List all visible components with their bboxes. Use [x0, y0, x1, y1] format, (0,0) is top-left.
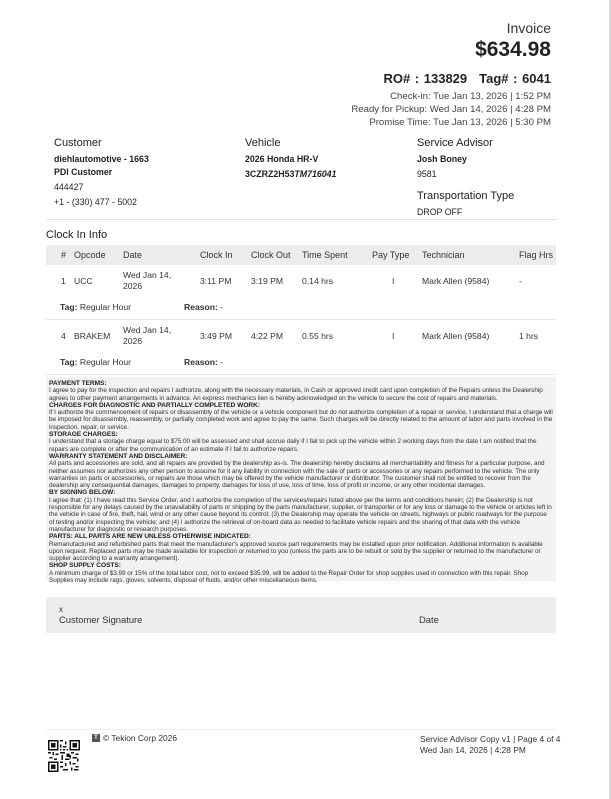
col-header-technician: Technician [422, 245, 465, 265]
terms-heading: PAYMENT TERMS: [49, 380, 553, 387]
col-header-clock-out: Clock Out [251, 245, 291, 265]
customer-name: PDI Customer [54, 166, 149, 179]
table-row: 1 UCC Wed Jan 14,2026 3:11 PM 3:19 PM 0.… [46, 265, 556, 297]
terms-storage: STORAGE CHARGES:I understand that a stor… [49, 431, 553, 453]
qr-code-icon [48, 740, 80, 772]
col-header-time-spent: Time Spent [302, 245, 348, 265]
row-opcode: UCC [74, 265, 93, 297]
row-date-line1: Wed Jan 14, [123, 325, 171, 335]
row-num: 4 [61, 320, 66, 352]
terms-shop-supply: SHOP SUPPLY COSTS:A minimum charge of $3… [49, 562, 553, 584]
tag-number: Tag# : 6041 [479, 71, 551, 86]
row-date: Wed Jan 14,2026 [123, 325, 171, 347]
customer-id: 444427 [54, 181, 149, 194]
row-date: Wed Jan 14,2026 [123, 270, 171, 292]
terms-payment: PAYMENT TERMS:I agree to pay for the ins… [49, 380, 553, 402]
terms-heading: BY SIGNING BELOW: [49, 489, 553, 496]
vehicle-block: Vehicle 2026 Honda HR-V 3CZRZ2H53TM71604… [245, 137, 336, 181]
advisor-block: Service Advisor Josh Boney 9581 Transpor… [417, 137, 514, 219]
terms-body: A minimum charge of $3.99 or 15% of the … [49, 570, 553, 585]
row-flag-hrs: 1 hrs [519, 320, 538, 352]
reason-label: Reason: [184, 357, 218, 367]
footer-divider [46, 729, 556, 730]
reason-label: Reason: [184, 302, 218, 312]
terms-and-conditions: PAYMENT TERMS:I agree to pay for the ins… [46, 377, 556, 581]
table-row-tag: Tag: Regular Hour Reason: - [46, 352, 556, 375]
signature-mark: x [59, 605, 63, 614]
terms-heading: PARTS: ALL PARTS ARE NEW UNLESS OTHERWIS… [49, 533, 553, 540]
customer-account: diehlautomotive - 1663 [54, 153, 149, 166]
ro-number: RO# : 133829 [383, 71, 467, 86]
row-tag: Tag: Regular Hour [60, 297, 131, 317]
terms-body: I understand that a storage charge equal… [49, 438, 553, 453]
clock-in-title: Clock In Info [46, 229, 107, 241]
row-date-line2: 2026 [123, 281, 142, 291]
col-header-pay-type: Pay Type [372, 245, 409, 265]
row-clock-in: 3:11 PM [200, 265, 231, 297]
tag-value: Regular Hour [80, 357, 131, 367]
section-divider [46, 219, 556, 220]
copyright: © Tekion Corp 2026 [103, 733, 177, 743]
terms-parts: PARTS: ALL PARTS ARE NEW UNLESS OTHERWIS… [49, 533, 553, 562]
invoice-label: Invoice [351, 20, 551, 36]
row-clock-in: 3:49 PM [200, 320, 232, 352]
vehicle-description: 2026 Honda HR-V [245, 153, 336, 166]
footer-page-info: Service Advisor Copy v1 | Page 4 of 4 We… [420, 734, 560, 756]
reason-value: - [220, 357, 223, 367]
tag-label: Tag: [60, 302, 78, 312]
row-technician: Mark Allen (9584) [422, 320, 489, 352]
transport-value: DROP OFF [417, 206, 514, 219]
terms-warranty: WARRANTY STATEMENT AND DISCLAIMER:All pa… [49, 453, 553, 489]
row-pay-type: I [392, 320, 394, 352]
row-date-line2: 2026 [123, 336, 142, 346]
ro-tag-line: RO# : 133829Tag# : 6041 [351, 71, 551, 87]
terms-body: I agree that: (1) I have read this Servi… [49, 497, 553, 533]
row-num: 1 [61, 265, 66, 297]
col-header-date: Date [123, 245, 142, 265]
tag-label: Tag: [60, 357, 78, 367]
terms-heading: SHOP SUPPLY COSTS: [49, 562, 553, 569]
terms-body: All parts and accessories are sold, and … [49, 460, 553, 489]
table-header: # Opcode Date Clock In Clock Out Time Sp… [46, 245, 556, 265]
ready-for-pickup-time: Ready for Pickup: Wed Jan 14, 2026 | 4:2… [351, 103, 551, 116]
row-reason: Reason: - [184, 352, 223, 372]
terms-heading: STORAGE CHARGES: [49, 431, 553, 438]
vin-prefix: 3CZRZ2H53 [245, 169, 294, 179]
row-date-line1: Wed Jan 14, [123, 270, 171, 280]
check-in-time: Check-in: Tue Jan 13, 2026 | 1:52 PM [351, 90, 551, 103]
promise-time: Promise Time: Tue Jan 13, 2026 | 5:30 PM [351, 116, 551, 129]
row-opcode: BRAKEM [74, 320, 110, 352]
table-row: 4 BRAKEM Wed Jan 14,2026 3:49 PM 4:22 PM… [46, 320, 556, 352]
clock-in-table: # Opcode Date Clock In Clock Out Time Sp… [46, 245, 556, 375]
terms-diagnostic: CHARGES FOR DIAGNOSTIC AND PARTIALLY COM… [49, 402, 553, 431]
row-reason: Reason: - [184, 297, 223, 317]
customer-phone: +1 - (330) 477 - 5002 [54, 196, 149, 209]
invoice-header: Invoice $634.98 RO# : 133829Tag# : 6041 … [351, 20, 551, 129]
col-header-num: # [61, 245, 66, 265]
copy-info: Service Advisor Copy v1 | Page 4 of 4 [420, 734, 560, 745]
row-technician: Mark Allen (9584) [422, 265, 489, 297]
row-pay-type: I [392, 265, 394, 297]
reason-value: - [220, 302, 223, 312]
terms-heading: CHARGES FOR DIAGNOSTIC AND PARTIALLY COM… [49, 402, 553, 409]
terms-signing: BY SIGNING BELOW:I agree that: (1) I hav… [49, 489, 553, 533]
vehicle-title: Vehicle [245, 137, 336, 150]
row-clock-out: 4:22 PM [251, 320, 283, 352]
row-time-spent: 0.55 hrs [302, 320, 333, 352]
row-time-spent: 0.14 hrs [302, 265, 333, 297]
invoice-total: $634.98 [351, 37, 551, 63]
customer-title: Customer [54, 137, 149, 150]
col-header-clock-in: Clock In [200, 245, 233, 265]
tekion-logo-icon: T [92, 734, 100, 742]
vehicle-vin: 3CZRZ2H53TM716041 [245, 168, 336, 181]
advisor-id: 9581 [417, 168, 514, 181]
advisor-title: Service Advisor [417, 137, 514, 150]
terms-heading: WARRANTY STATEMENT AND DISCLAIMER: [49, 453, 553, 460]
col-header-opcode: Opcode [74, 245, 106, 265]
transport-title: Transportation Type [417, 190, 514, 203]
terms-body: If I authorize the commencement of repai… [49, 409, 553, 431]
row-tag: Tag: Regular Hour [60, 352, 131, 372]
printed-time: Wed Jan 14, 2026 | 4:28 PM [420, 745, 560, 756]
terms-body: Remanufactured and refurbished parts tha… [49, 541, 553, 563]
footer-brand: T © Tekion Corp 2026 [92, 733, 177, 743]
tag-value: Regular Hour [80, 302, 131, 312]
terms-body: I agree to pay for the inspection and re… [49, 387, 553, 402]
row-clock-out: 3:19 PM [251, 265, 283, 297]
signature-date-label: Date [419, 614, 439, 625]
vin-suffix: TM716041 [294, 169, 336, 179]
advisor-name: Josh Boney [417, 153, 514, 166]
customer-signature-label: Customer Signature [59, 614, 142, 625]
row-flag-hrs: - [519, 265, 522, 297]
info-section: Customer diehlautomotive - 1663 PDI Cust… [54, 137, 554, 217]
customer-block: Customer diehlautomotive - 1663 PDI Cust… [54, 137, 149, 209]
signature-block: x Customer Signature Date [46, 597, 556, 633]
table-row-tag: Tag: Regular Hour Reason: - [46, 297, 556, 320]
col-header-flag-hrs: Flag Hrs [519, 245, 553, 265]
